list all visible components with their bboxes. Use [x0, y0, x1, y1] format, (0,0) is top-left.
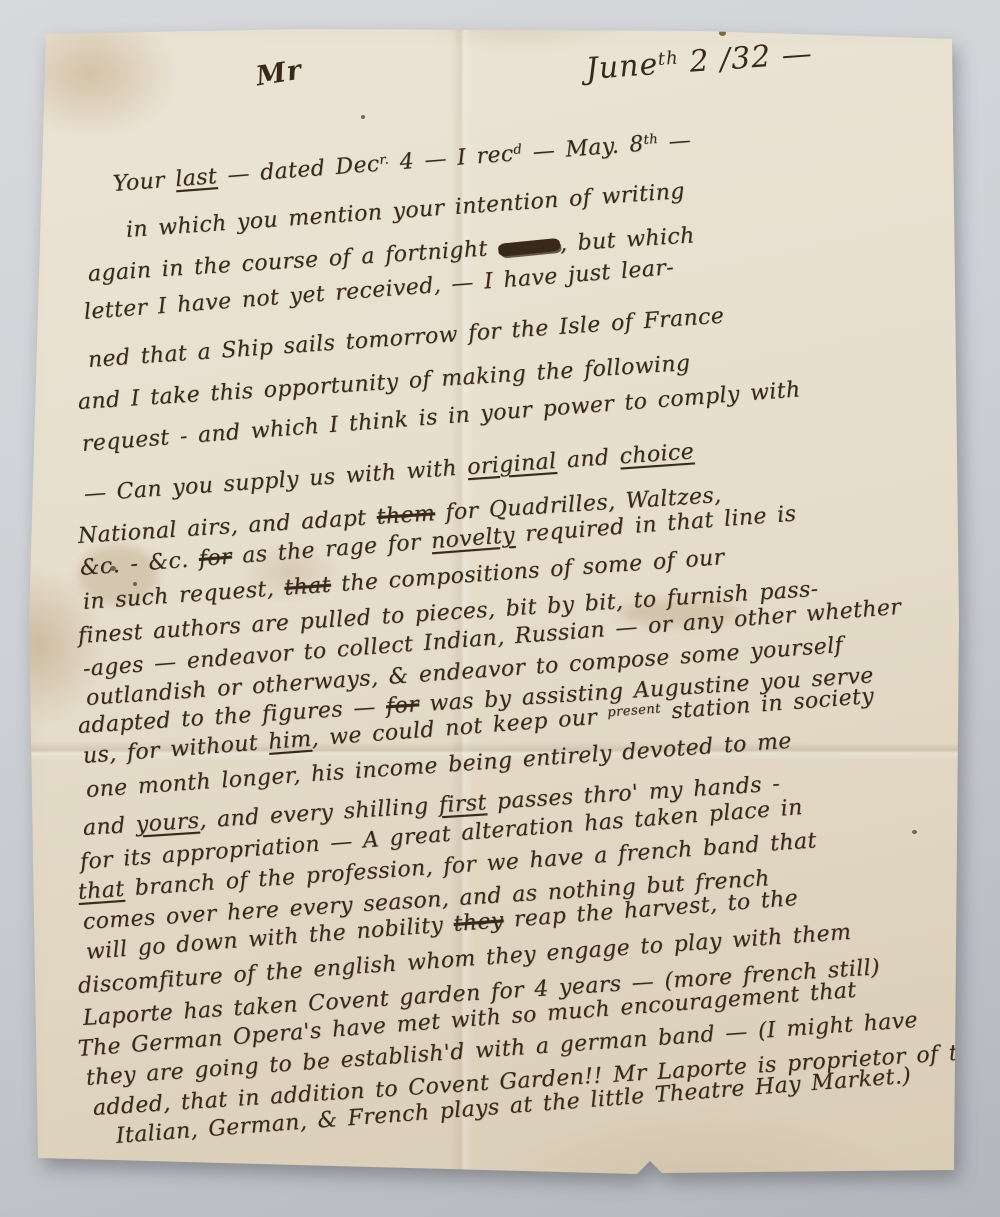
- handwritten-text: Your: [112, 167, 176, 197]
- handwritten-text: that: [284, 573, 332, 601]
- handwritten-text: — May. 8: [521, 132, 644, 166]
- handwritten-text: them: [376, 501, 436, 530]
- handwritten-text: they: [453, 908, 505, 937]
- handwritten-text: in such request,: [82, 576, 285, 615]
- handwritten-text: —: [657, 128, 692, 155]
- handwritten-text: th: [643, 132, 659, 148]
- handwritten-text: 4 — I rec: [388, 142, 514, 176]
- handwritten-text: novelty: [430, 523, 516, 554]
- handwritten-text: &c. - &c.: [79, 547, 200, 581]
- handwritten-text: and: [556, 445, 621, 474]
- letter-paper: Mr Juneth 2 /32 — Your last — dated Decr…: [0, 0, 1000, 1217]
- handwritten-text: for: [198, 544, 233, 571]
- paper-shadow-wrap: Mr Juneth 2 /32 — Your last — dated Decr…: [0, 0, 1000, 1217]
- handwritten-text: original: [466, 449, 557, 480]
- ink-blot: [497, 237, 560, 256]
- letter-body: Your last — dated Decr. 4 — I recd — May…: [0, 0, 1000, 1217]
- letter-photograph: Mr Juneth 2 /32 — Your last — dated Decr…: [0, 0, 1000, 1217]
- handwritten-text: yours: [135, 809, 200, 838]
- handwritten-text: for: [385, 692, 420, 719]
- handwritten-text: — Can you supply us with with: [83, 455, 468, 507]
- handwritten-text: last: [174, 164, 218, 192]
- handwritten-text: him: [267, 727, 312, 755]
- handwritten-text: — dated Dec: [216, 152, 380, 189]
- handwritten-text: present: [607, 701, 662, 720]
- handwritten-text: choice: [619, 439, 695, 469]
- handwritten-text: , but which: [559, 223, 695, 257]
- handwritten-text: that: [77, 877, 125, 905]
- handwritten-text: first: [438, 790, 487, 818]
- handwritten-text: and: [82, 813, 136, 841]
